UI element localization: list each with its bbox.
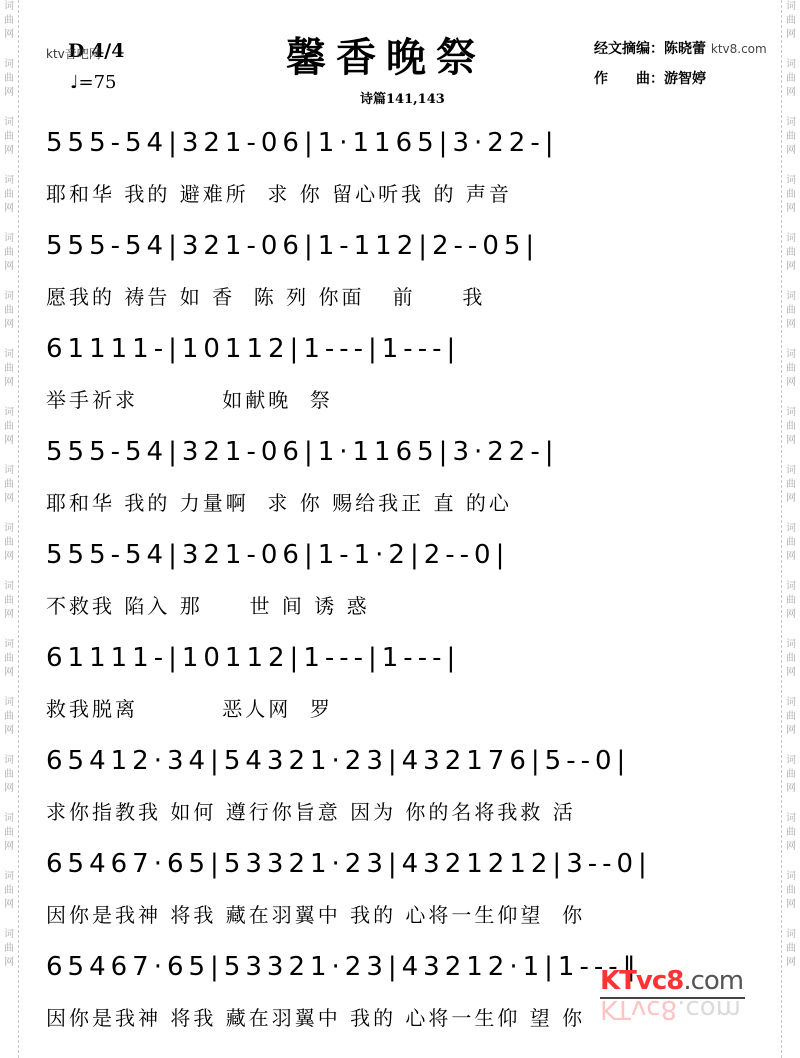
notation: 61111-|10112|1---|1---| xyxy=(46,643,460,673)
lyrics: 因你是我神 将我 藏在羽翼中 我的 心将一生仰 望 你 xyxy=(46,1002,585,1031)
song-title: 馨香晚祭 xyxy=(286,26,486,83)
notation: 61111-|10112|1---|1---| xyxy=(46,334,460,364)
lyrics: 耶和华 我的 避难所 求 你 留心听我 的 声音 xyxy=(46,178,512,207)
scripture-source: 诗篇141,143 xyxy=(360,88,445,107)
score-line: 555-54|321-06|1·1165|3·22-| 耶和华 我的 避难所 求… xyxy=(46,120,766,223)
watermark-strip-left: 词曲网 词曲网 词曲网 词曲网 词曲网 词曲网 词曲网 词曲网 词曲网 词曲网 … xyxy=(0,0,19,1058)
lyrics: 救我脱离 恶人网 罗 xyxy=(46,693,333,722)
score-line: 65412·34|54321·23|432176|5--0| 求你指教我 如何 … xyxy=(46,738,766,841)
lyrics: 不救我 陷入 那 世 间 诱 惑 xyxy=(46,590,370,619)
site-logo-watermark: KTvc8.com KTvc8.com xyxy=(600,966,745,1024)
notation: 555-54|321-06|1-1·2|2--0| xyxy=(46,540,509,570)
score-line: 65467·65|53321·23|4321212|3--0| 因你是我神 将我… xyxy=(46,841,766,944)
credit-lyrics: 经文摘编：陈晓蕾 ktv8.com xyxy=(594,38,767,58)
notation: 555-54|321-06|1·1165|3·22-| xyxy=(46,437,558,467)
score-line: 61111-|10112|1---|1---| 举手祈求 如献晚 祭 xyxy=(46,326,766,429)
lyrics: 举手祈求 如献晚 祭 xyxy=(46,384,333,413)
notation: 65467·65|53321·23|4321212|3--0| xyxy=(46,849,652,879)
lyrics: 耶和华 我的 力量啊 求 你 赐给我正 直 的心 xyxy=(46,487,512,516)
notation: 555-54|321-06|1·1165|3·22-| xyxy=(46,128,558,158)
tempo-marking: ♩=75 xyxy=(70,72,116,93)
score-line: 555-54|321-06|1-112|2--05| 愿我的 祷告 如 香 陈 … xyxy=(46,223,766,326)
credit-composer: 作 曲：游智婷 xyxy=(594,68,706,88)
score-header: ktv音吧网 D 4/4 ♩=75 馨香晚祭 诗篇141,143 经文摘编：陈晓… xyxy=(0,0,800,110)
lyrics: 求你指教我 如何 遵行你旨意 因为 你的名将我救 活 xyxy=(46,796,576,825)
score-line: 61111-|10112|1---|1---| 救我脱离 恶人网 罗 xyxy=(46,635,766,738)
lyrics: 愿我的 祷告 如 香 陈 列 你面 前 我 xyxy=(46,281,485,310)
key-watermark: ktv音吧网 xyxy=(46,45,101,62)
score-body: 555-54|321-06|1·1165|3·22-| 耶和华 我的 避难所 求… xyxy=(46,120,766,1047)
watermark-strip-right: 词曲网 词曲网 词曲网 词曲网 词曲网 词曲网 词曲网 词曲网 词曲网 词曲网 … xyxy=(781,0,800,1058)
lyrics: 因你是我神 将我 藏在羽翼中 我的 心将一生仰望 你 xyxy=(46,899,585,928)
notation: 65467·65|53321·23|43212·1|1---‖ xyxy=(46,952,641,982)
notation: 65412·34|54321·23|432176|5--0| xyxy=(46,746,630,776)
score-line: 555-54|321-06|1-1·2|2--0| 不救我 陷入 那 世 间 诱… xyxy=(46,532,766,635)
notation: 555-54|321-06|1-112|2--05| xyxy=(46,231,539,261)
score-line: 555-54|321-06|1·1165|3·22-| 耶和华 我的 力量啊 求… xyxy=(46,429,766,532)
key-signature: ktv音吧网 D 4/4 xyxy=(46,40,124,62)
